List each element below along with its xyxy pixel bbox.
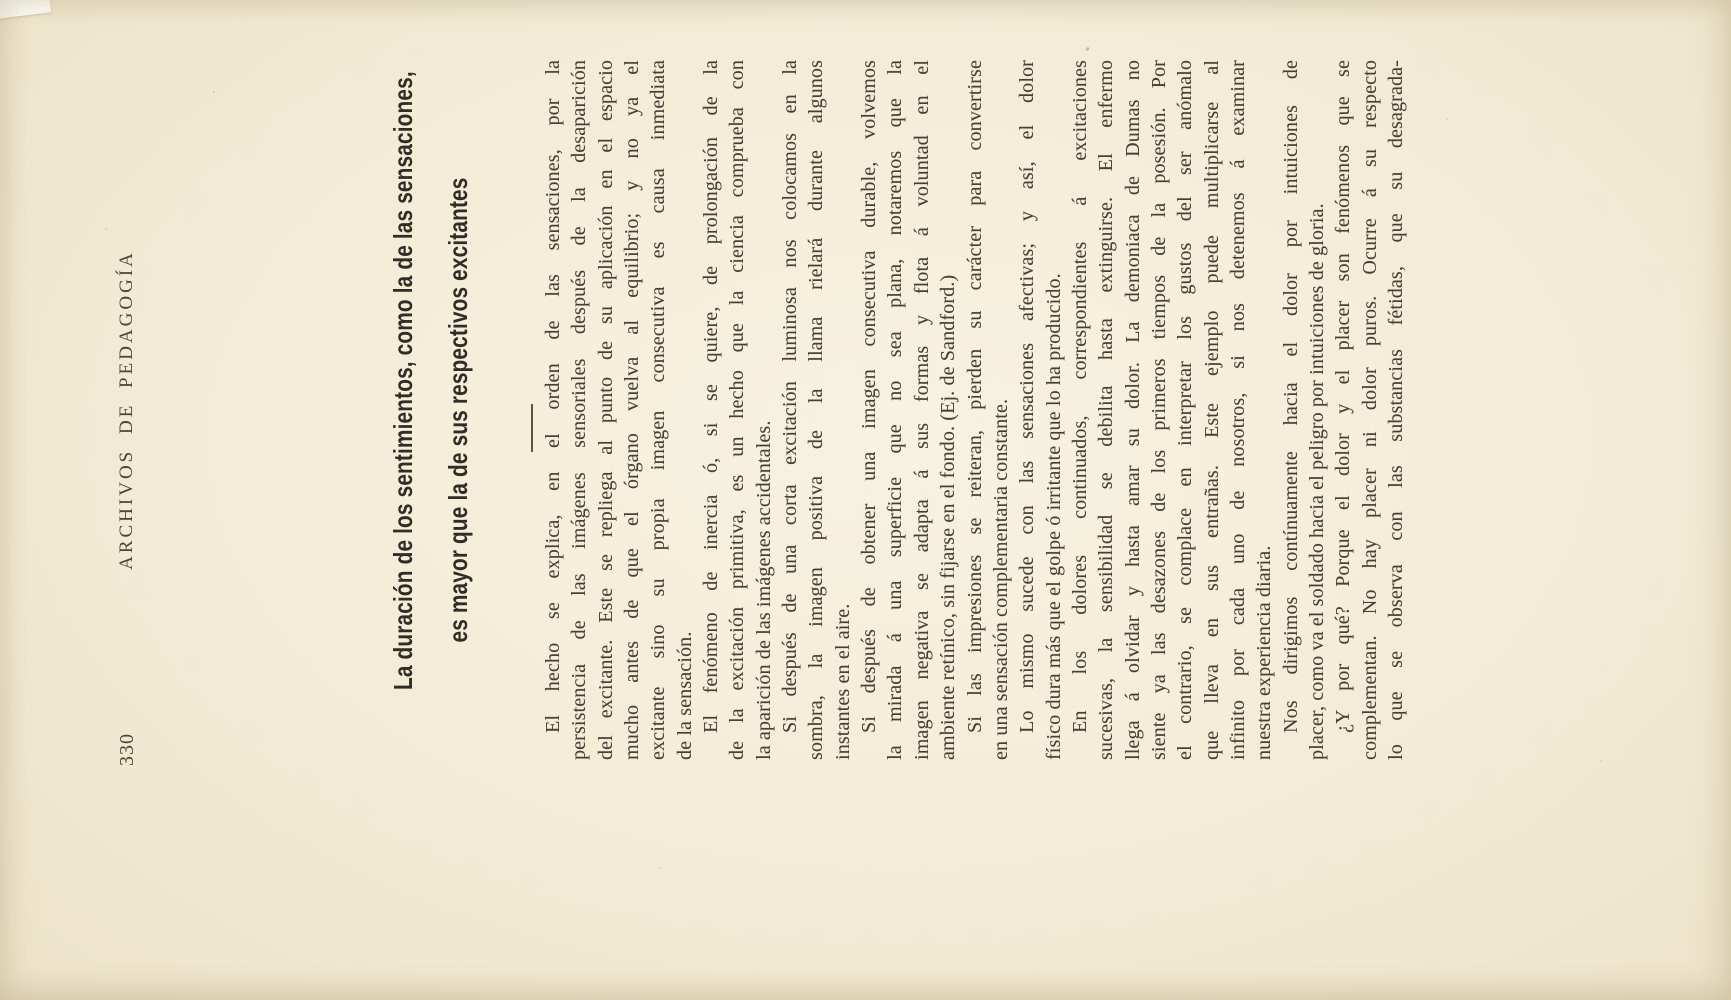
text-line: mucho antes de que el órgano vuelva al e… <box>619 60 645 760</box>
text-line: el contrario, se complace en interpretar… <box>1172 60 1198 760</box>
text-line: la aparición de las imágenes accidentale… <box>751 60 777 760</box>
text-line: ambiente retínico, sin fijarse en el fon… <box>935 60 961 760</box>
text-line: Si las impresiones se reiteran, pierden … <box>962 60 988 760</box>
text-line: nuestra experiencia diaria. <box>1251 60 1277 760</box>
text-line: de la sensación. <box>672 60 698 760</box>
text-line: Nos dirigimos contínuamente hacia el dol… <box>1278 60 1304 760</box>
body-text: El hecho se explica, en el orden de las … <box>540 60 1409 760</box>
text-line: excitante sino su propia imagen consecut… <box>645 60 671 760</box>
text-line: Si después de una corta excitación lumin… <box>777 60 803 760</box>
text-line: siente ya las desazones de los primeros … <box>1146 60 1172 760</box>
text-line: llega á olvidar y hasta amar su dolor. L… <box>1120 60 1146 760</box>
text-line: del excitante. Este se repliega al punto… <box>593 60 619 760</box>
text-line: placer, como va el soldado hacia el peli… <box>1304 60 1330 760</box>
text-line: lo que se observa con las substancias fé… <box>1383 60 1409 760</box>
page-number: 330 <box>116 733 139 766</box>
text-line: complementan. No hay placer ni dolor pur… <box>1357 60 1383 760</box>
text-line: sombra, la imagen positiva de la llama r… <box>803 60 829 760</box>
text-line: imagen negativa se adapta á sus formas y… <box>909 60 935 760</box>
section-divider-rule <box>531 404 533 452</box>
text-line: El hecho se explica, en el orden de las … <box>540 60 566 760</box>
text-line: Si después de obtener una imagen consecu… <box>856 60 882 760</box>
text-line: sucesivas, la sensibilidad se debilita h… <box>1093 60 1119 760</box>
text-line: de la excitación primitiva, es un hecho … <box>724 60 750 760</box>
rotated-page: 330 ARCHIVOS DE PEDAGOGÍA La duración de… <box>0 0 1731 1000</box>
scan-speck <box>213 91 215 93</box>
text-line: instantes en el aire. <box>830 60 856 760</box>
article-title: La duración de los sentimientos, como la… <box>376 60 486 760</box>
text-line: En los dolores continuados, correspondie… <box>1067 60 1093 760</box>
text-line: físico dura más que el golpe ó irritante… <box>1041 60 1067 760</box>
scan-speck <box>1600 760 1602 762</box>
text-line: que lleva en sus entrañas. Este ejemplo … <box>1199 60 1225 760</box>
text-line: la mirada á una superficie que no sea pl… <box>882 60 908 760</box>
scan-speck <box>659 867 661 869</box>
journal-header: ARCHIVOS DE PEDAGOGÍA <box>116 60 138 760</box>
article-title-line-1: La duración de los sentimientos, como la… <box>376 130 431 690</box>
article-title-line-2: es mayor que la de sus respectivos excit… <box>431 130 486 690</box>
text-line: Lo mismo sucede con las sensaciones afec… <box>1014 60 1040 760</box>
printed-area: 330 ARCHIVOS DE PEDAGOGÍA La duración de… <box>0 60 1731 760</box>
text-line: en una sensación complementaria constant… <box>988 60 1014 760</box>
text-line: ¿Y por qué? Porque el dolor y el placer … <box>1330 60 1356 760</box>
scan-speck <box>1446 118 1448 120</box>
running-head: 330 ARCHIVOS DE PEDAGOGÍA <box>116 60 144 760</box>
scan-speck <box>105 228 107 230</box>
text-line: El fenómeno de inercia ó, si se quiere, … <box>698 60 724 760</box>
scanned-book-page: 330 ARCHIVOS DE PEDAGOGÍA La duración de… <box>0 0 1731 1000</box>
text-line: persistencia de las imágenes sensoriales… <box>566 60 592 760</box>
text-line: infinito por cada uno de nosotros, si no… <box>1225 60 1251 760</box>
